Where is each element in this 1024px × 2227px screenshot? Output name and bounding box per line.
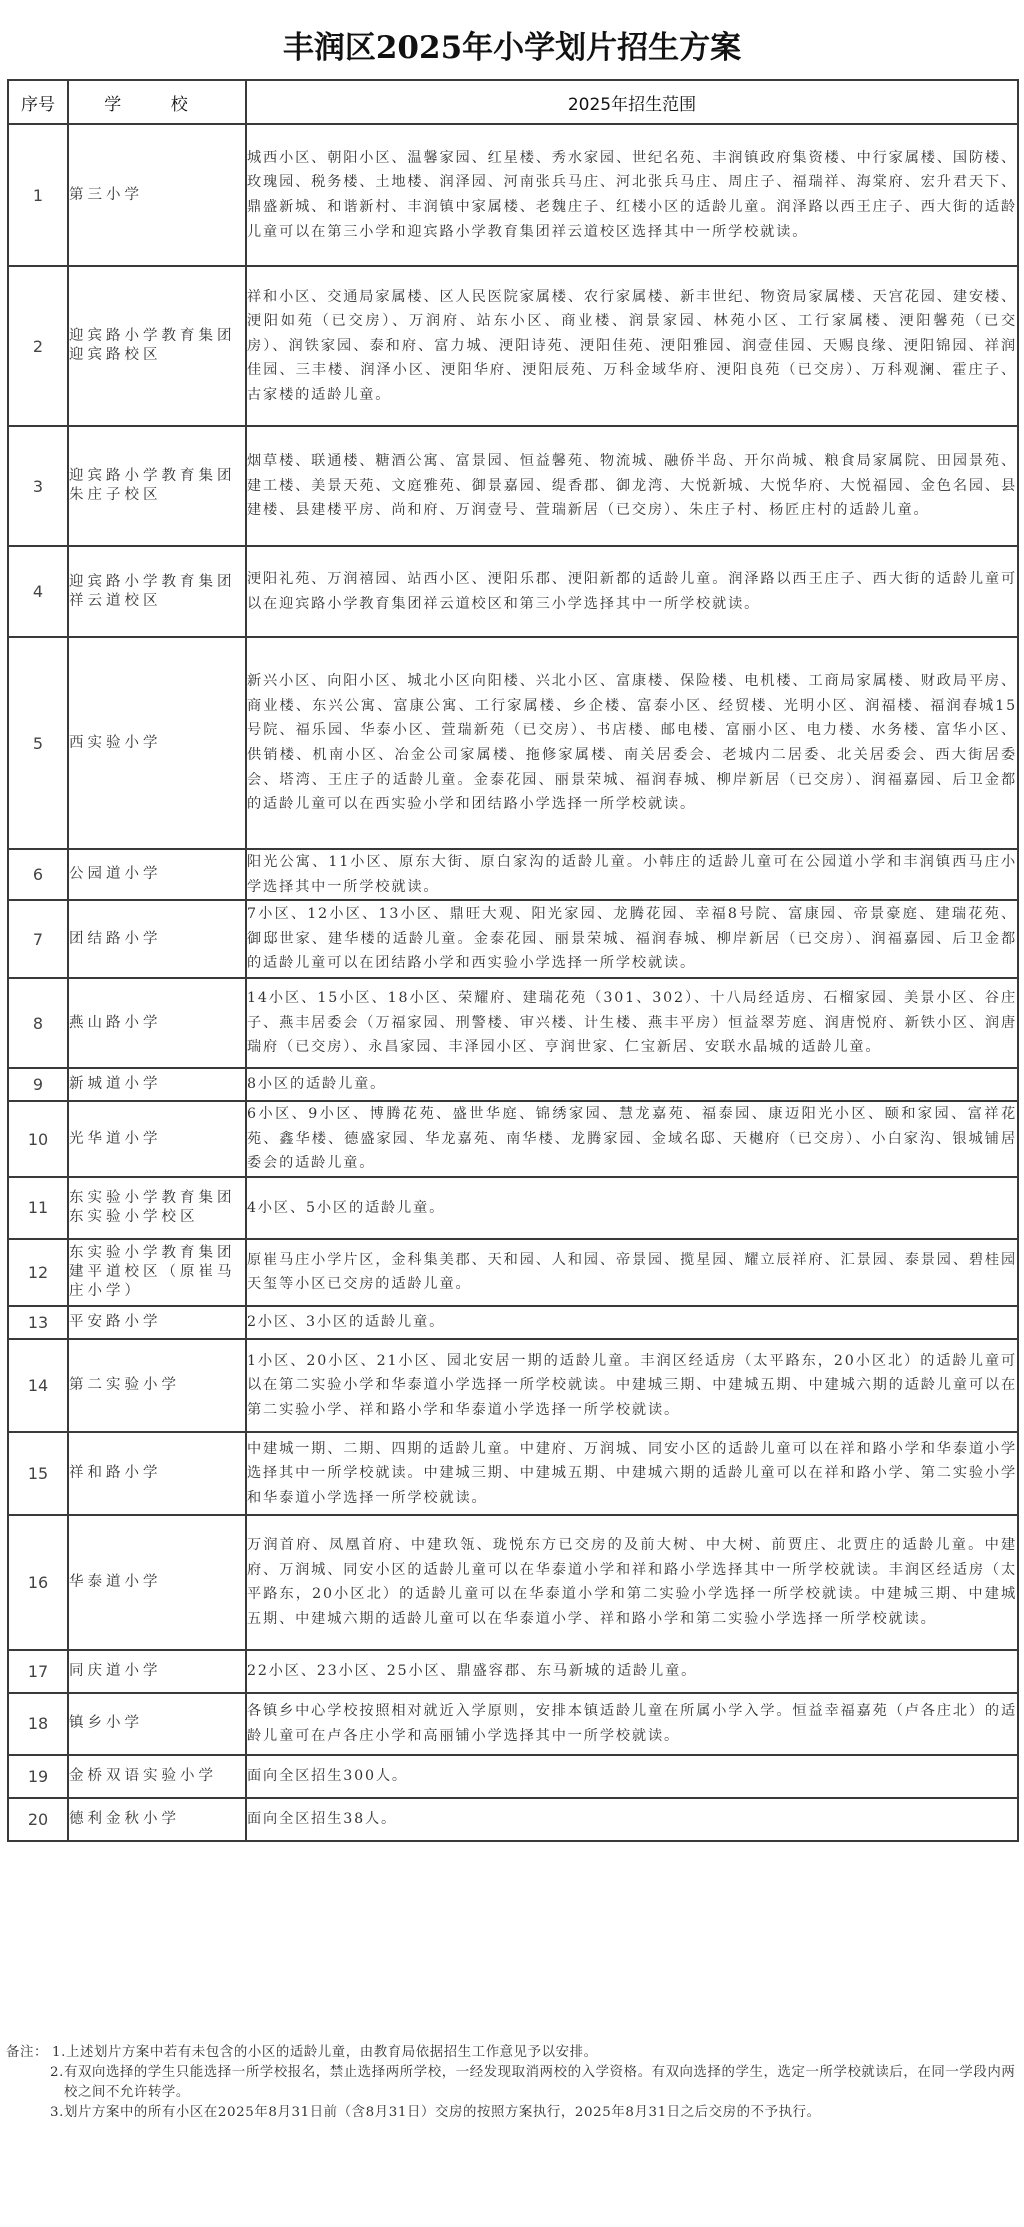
row-range: 城西小区、朝阳小区、温馨家园、红星楼、秀水家园、世纪名苑、丰润镇政府集资楼、中行…	[246, 124, 1018, 266]
row-range: 6小区、9小区、博腾花苑、盛世华庭、锦绣家园、慧龙嘉苑、福泰园、康迈阳光小区、颐…	[246, 1101, 1018, 1177]
table-row: 9 新城道小学 8小区的适龄儿童。	[8, 1068, 1018, 1101]
row-range: 1小区、20小区、21小区、园北安居一期的适龄儿童。丰润区经适房（太平路东，20…	[246, 1339, 1018, 1432]
header-no: 序号	[8, 80, 68, 124]
table-row: 5 西实验小学 新兴小区、向阳小区、城北小区向阳楼、兴北小区、富康楼、保险楼、电…	[8, 637, 1018, 849]
row-no: 20	[8, 1798, 68, 1841]
row-school: 新城道小学	[68, 1068, 246, 1101]
table-row: 1 第三小学 城西小区、朝阳小区、温馨家园、红星楼、秀水家园、世纪名苑、丰润镇政…	[8, 124, 1018, 266]
table-header-row: 序号 学 校 2025年招生范围	[8, 80, 1018, 124]
row-no: 10	[8, 1101, 68, 1177]
row-school: 公园道小学	[68, 849, 246, 900]
table-row: 18 镇乡小学 各镇乡中心学校按照相对就近入学原则，安排本镇适龄儿童在所属小学入…	[8, 1693, 1018, 1755]
table-row: 8 燕山路小学 14小区、15小区、18小区、荣耀府、建瑞花苑（301、302）…	[8, 978, 1018, 1068]
row-range: 烟草楼、联通楼、糖酒公寓、富景园、恒益馨苑、物流城、融侨半岛、开尔尚城、粮食局家…	[246, 426, 1018, 546]
row-school: 金桥双语实验小学	[68, 1755, 246, 1798]
row-school: 东实验小学教育集团东实验小学校区	[68, 1177, 246, 1239]
zoning-table: 序号 学 校 2025年招生范围 1 第三小学 城西小区、朝阳小区、温馨家园、红…	[7, 79, 1019, 1842]
row-school: 燕山路小学	[68, 978, 246, 1068]
row-range: 阳光公寓、11小区、原东大街、原白家沟的适龄儿童。小韩庄的适龄儿童可在公园道小学…	[246, 849, 1018, 900]
row-range: 浭阳礼苑、万润禧园、站西小区、浭阳乐郡、浭阳新都的适龄儿童。润泽路以西王庄子、西…	[246, 546, 1018, 637]
row-no: 4	[8, 546, 68, 637]
row-school: 德利金秋小学	[68, 1798, 246, 1841]
row-school: 迎宾路小学教育集团祥云道校区	[68, 546, 246, 637]
table-row: 13 平安路小学 2小区、3小区的适龄儿童。	[8, 1306, 1018, 1339]
row-no: 2	[8, 266, 68, 426]
table-row: 3 迎宾路小学教育集团朱庄子校区 烟草楼、联通楼、糖酒公寓、富景园、恒益馨苑、物…	[8, 426, 1018, 546]
note-2: 2.有双向选择的学生只能选择一所学校报名，禁止选择两所学校，一经发现取消两校的入…	[50, 2063, 1018, 2103]
table-row: 4 迎宾路小学教育集团祥云道校区 浭阳礼苑、万润禧园、站西小区、浭阳乐郡、浭阳新…	[8, 546, 1018, 637]
table-row: 7 团结路小学 7小区、12小区、13小区、鼎旺大观、阳光家园、龙腾花园、幸福8…	[8, 900, 1018, 978]
note-1: 1.上述划片方案中若有未包含的小区的适龄儿童，由教育局依据招生工作意见予以安排。	[50, 2043, 1018, 2063]
note-3: 3.划片方案中的所有小区在2025年8月31日前（含8月31日）交房的按照方案执…	[50, 2103, 1018, 2123]
table-row: 11 东实验小学教育集团东实验小学校区 4小区、5小区的适龄儿童。	[8, 1177, 1018, 1239]
row-no: 15	[8, 1432, 68, 1515]
row-range: 万润首府、凤凰首府、中建玖瓴、珑悦东方已交房的及前大树、中大树、前贾庄、北贾庄的…	[246, 1515, 1018, 1650]
row-range: 祥和小区、交通局家属楼、区人民医院家属楼、农行家属楼、新丰世纪、物资局家属楼、天…	[246, 266, 1018, 426]
header-school: 学 校	[68, 80, 246, 124]
row-no: 9	[8, 1068, 68, 1101]
row-school: 镇乡小学	[68, 1693, 246, 1755]
row-range: 22小区、23小区、25小区、鼎盛容郡、东马新城的适龄儿童。	[246, 1650, 1018, 1693]
row-range: 新兴小区、向阳小区、城北小区向阳楼、兴北小区、富康楼、保险楼、电机楼、工商局家属…	[246, 637, 1018, 849]
row-school: 西实验小学	[68, 637, 246, 849]
row-no: 13	[8, 1306, 68, 1339]
table-row: 10 光华道小学 6小区、9小区、博腾花苑、盛世华庭、锦绣家园、慧龙嘉苑、福泰园…	[8, 1101, 1018, 1177]
row-no: 16	[8, 1515, 68, 1650]
row-no: 17	[8, 1650, 68, 1693]
row-school: 迎宾路小学教育集团迎宾路校区	[68, 266, 246, 426]
page-title: 丰润区2025年小学划片招生方案	[0, 22, 1024, 67]
row-school: 第二实验小学	[68, 1339, 246, 1432]
row-school: 第三小学	[68, 124, 246, 266]
row-range: 面向全区招生300人。	[246, 1755, 1018, 1798]
row-no: 5	[8, 637, 68, 849]
row-range: 7小区、12小区、13小区、鼎旺大观、阳光家园、龙腾花园、幸福8号院、富康园、帝…	[246, 900, 1018, 978]
table-row: 20 德利金秋小学 面向全区招生38人。	[8, 1798, 1018, 1841]
row-school: 团结路小学	[68, 900, 246, 978]
table-row: 16 华泰道小学 万润首府、凤凰首府、中建玖瓴、珑悦东方已交房的及前大树、中大树…	[8, 1515, 1018, 1650]
row-school: 迎宾路小学教育集团朱庄子校区	[68, 426, 246, 546]
row-range: 各镇乡中心学校按照相对就近入学原则，安排本镇适龄儿童在所属小学入学。恒益幸福嘉苑…	[246, 1693, 1018, 1755]
row-school: 祥和路小学	[68, 1432, 246, 1515]
header-range: 2025年招生范围	[246, 80, 1018, 124]
table-row: 6 公园道小学 阳光公寓、11小区、原东大街、原白家沟的适龄儿童。小韩庄的适龄儿…	[8, 849, 1018, 900]
table-row: 17 同庆道小学 22小区、23小区、25小区、鼎盛容郡、东马新城的适龄儿童。	[8, 1650, 1018, 1693]
row-school: 光华道小学	[68, 1101, 246, 1177]
row-no: 6	[8, 849, 68, 900]
row-no: 12	[8, 1239, 68, 1306]
row-range: 中建城一期、二期、四期的适龄儿童。中建府、万润城、同安小区的适龄儿童可以在祥和路…	[246, 1432, 1018, 1515]
row-no: 3	[8, 426, 68, 546]
row-no: 18	[8, 1693, 68, 1755]
row-school: 同庆道小学	[68, 1650, 246, 1693]
row-range: 14小区、15小区、18小区、荣耀府、建瑞花苑（301、302）、十八局经适房、…	[246, 978, 1018, 1068]
row-no: 14	[8, 1339, 68, 1432]
table-row: 14 第二实验小学 1小区、20小区、21小区、园北安居一期的适龄儿童。丰润区经…	[8, 1339, 1018, 1432]
row-no: 11	[8, 1177, 68, 1239]
row-range: 2小区、3小区的适龄儿童。	[246, 1306, 1018, 1339]
row-school: 华泰道小学	[68, 1515, 246, 1650]
row-no: 8	[8, 978, 68, 1068]
row-range: 原崔马庄小学片区，金科集美郡、天和园、人和园、帝景园、揽星园、耀立辰祥府、汇景园…	[246, 1239, 1018, 1306]
row-no: 7	[8, 900, 68, 978]
row-range: 8小区的适龄儿童。	[246, 1068, 1018, 1101]
row-no: 1	[8, 124, 68, 266]
table-row: 15 祥和路小学 中建城一期、二期、四期的适龄儿童。中建府、万润城、同安小区的适…	[8, 1432, 1018, 1515]
table-row: 12 东实验小学教育集团建平道校区（原崔马庄小学） 原崔马庄小学片区，金科集美郡…	[8, 1239, 1018, 1306]
notes-section: 备注： 1.上述划片方案中若有未包含的小区的适龄儿童，由教育局依据招生工作意见予…	[6, 2043, 1018, 2123]
row-range: 4小区、5小区的适龄儿童。	[246, 1177, 1018, 1239]
row-school: 平安路小学	[68, 1306, 246, 1339]
table-row: 19 金桥双语实验小学 面向全区招生300人。	[8, 1755, 1018, 1798]
notes-label: 备注：	[6, 2043, 50, 2063]
row-range: 面向全区招生38人。	[246, 1798, 1018, 1841]
table-row: 2 迎宾路小学教育集团迎宾路校区 祥和小区、交通局家属楼、区人民医院家属楼、农行…	[8, 266, 1018, 426]
row-no: 19	[8, 1755, 68, 1798]
row-school: 东实验小学教育集团建平道校区（原崔马庄小学）	[68, 1239, 246, 1306]
